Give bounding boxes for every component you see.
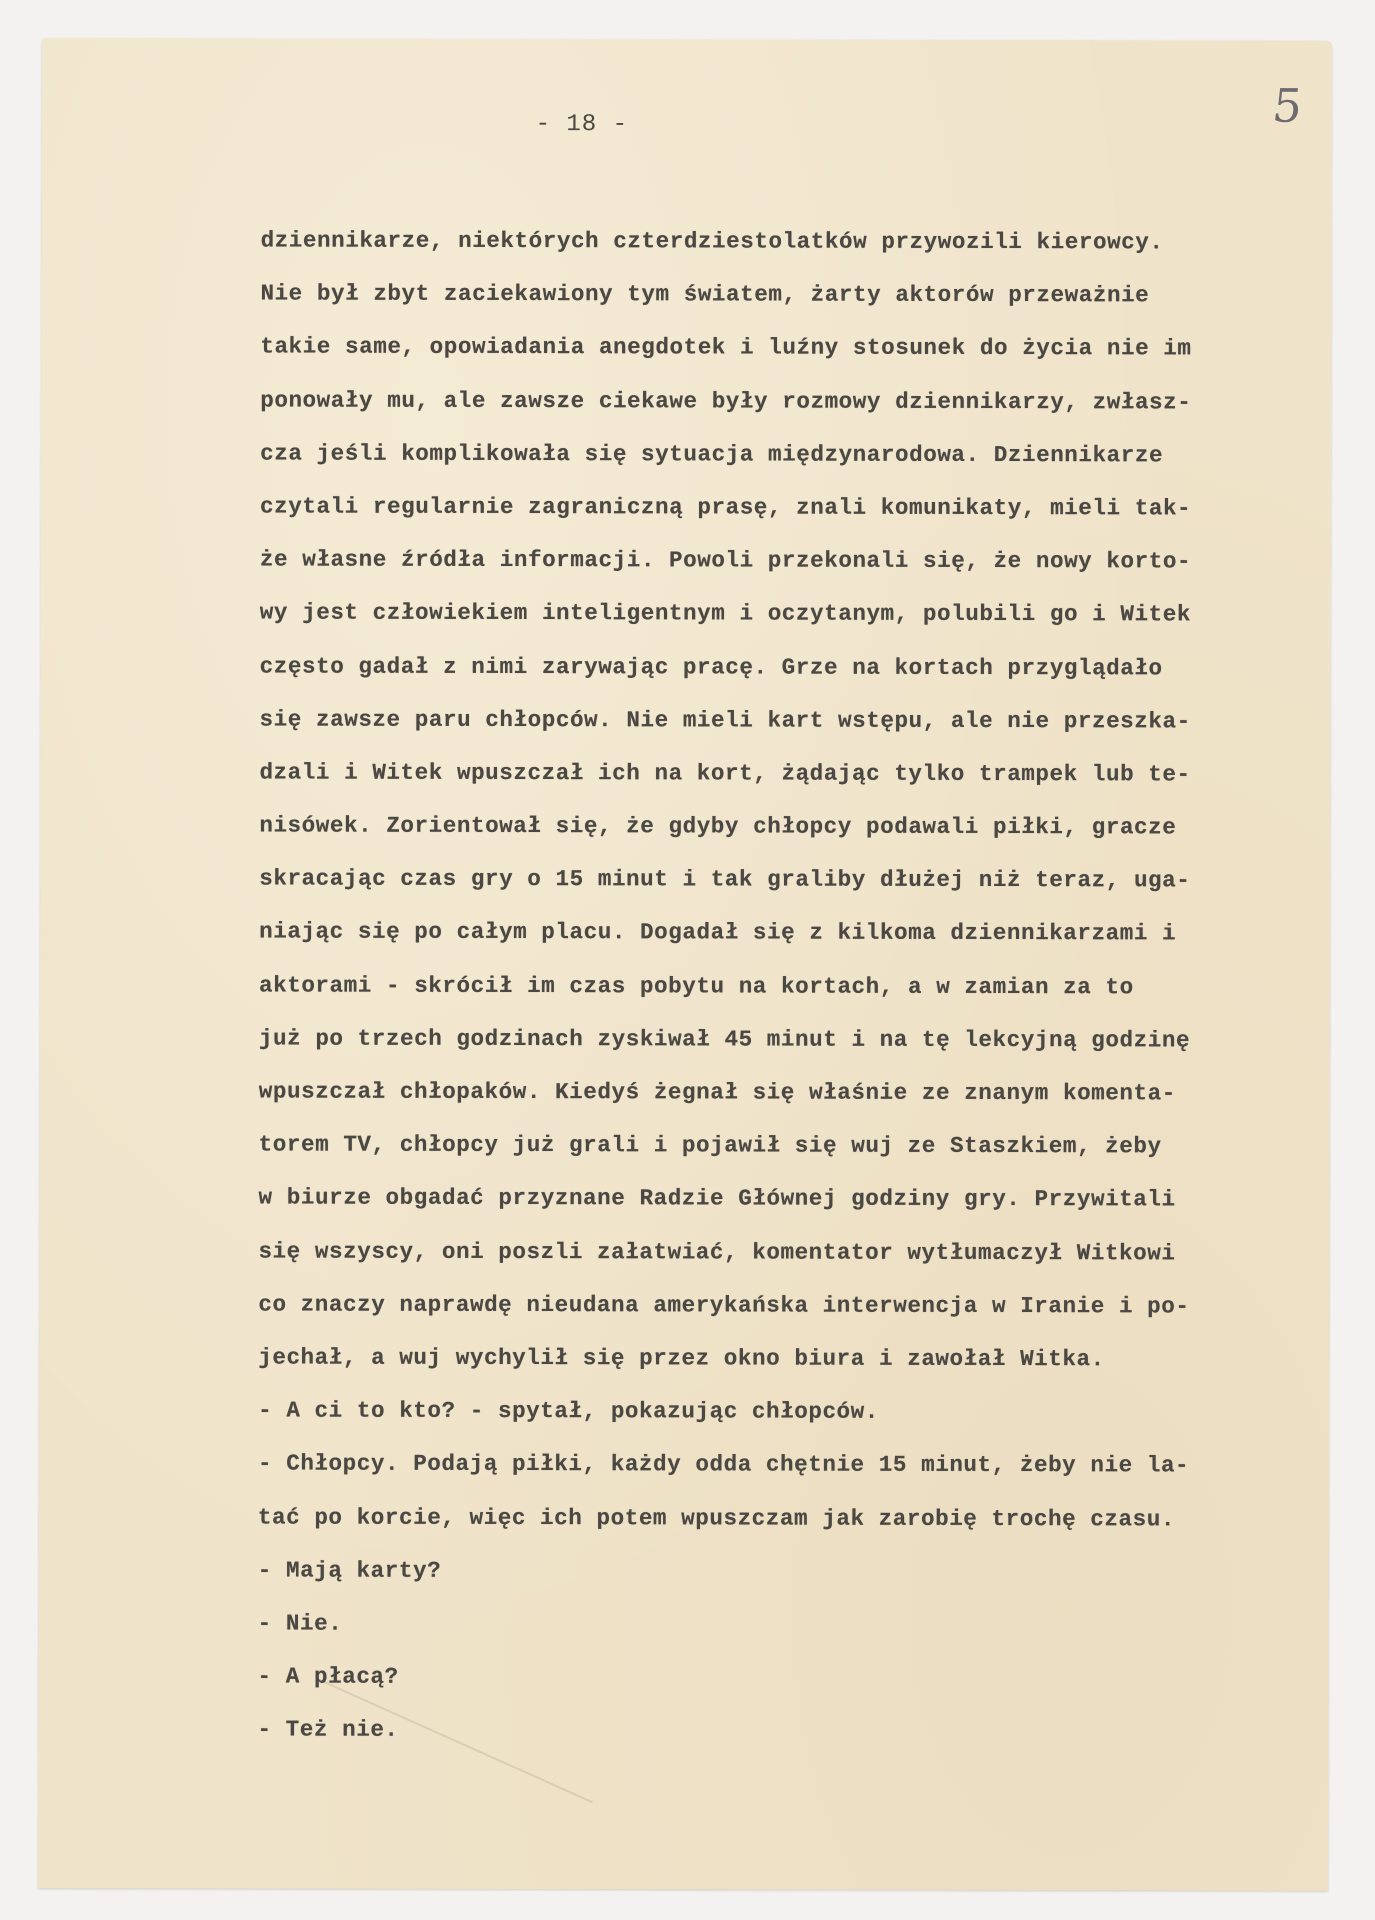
text-line: skracając czas gry o 15 minut i tak gral… — [259, 853, 1319, 908]
text-line: już po trzech godzinach zyskiwał 45 minu… — [259, 1012, 1319, 1067]
text-line: dzali i Witek wpuszczał ich na kort, żąd… — [259, 746, 1319, 801]
dialogue-line: - A płacą? — [258, 1651, 1318, 1706]
text-line: się zawsze paru chłopców. Nie mieli kart… — [260, 693, 1320, 748]
dialogue-line: - Mają karty? — [258, 1544, 1318, 1599]
text-line: dziennikarze, niektórych czterdziestolat… — [261, 214, 1321, 269]
dialogue-line: - A ci to kto? - spytał, pokazując chłop… — [258, 1385, 1318, 1440]
text-line: często gadał z nimi zarywając pracę. Grz… — [260, 640, 1320, 695]
text-line: w biurze obgadać przyznane Radzie Główne… — [259, 1172, 1319, 1227]
text-line: aktorami - skrócił im czas pobytu na kor… — [259, 959, 1319, 1014]
text-line: co znaczy naprawdę nieudana amerykańska … — [258, 1278, 1318, 1333]
text-line: torem TV, chłopcy już grali i pojawił si… — [259, 1119, 1319, 1174]
text-line: takie same, opowiadania anegdotek i luźn… — [260, 321, 1320, 376]
dialogue-line: tać po korcie, więc ich potem wpuszczam … — [258, 1491, 1318, 1546]
text-line: że własne źródła informacji. Powoli prze… — [260, 534, 1320, 589]
body-text: dziennikarze, niektórych czterdziestolat… — [257, 214, 1320, 1759]
text-line: wy jest człowiekiem inteligentnym i oczy… — [260, 587, 1320, 642]
text-line: ponowały mu, ale zawsze ciekawe były roz… — [260, 374, 1320, 429]
typewritten-page: 5 - 18 - dziennikarze, niektórych czterd… — [38, 38, 1332, 1891]
text-line: czytali regularnie zagraniczną prasę, zn… — [260, 480, 1320, 535]
page-number: - 18 - — [42, 110, 1122, 139]
text-line: Nie był zbyt zaciekawiony tym światem, ż… — [260, 268, 1320, 323]
text-line: niając się po całym placu. Dogadał się z… — [259, 906, 1319, 961]
dialogue-line: - Też nie. — [257, 1704, 1317, 1759]
text-line: nisówek. Zorientował się, że gdyby chłop… — [259, 800, 1319, 855]
dialogue-line: - Nie. — [258, 1597, 1318, 1652]
text-line: wpuszczał chłopaków. Kiedyś żegnał się w… — [259, 1065, 1319, 1120]
handwritten-folio-number: 5 — [1270, 79, 1305, 133]
text-line: cza jeśli komplikowała się sytuacja międ… — [260, 427, 1320, 482]
text-line: jechał, a wuj wychylił się przez okno bi… — [258, 1331, 1318, 1386]
text-line: się wszyscy, oni poszli załatwiać, komen… — [258, 1225, 1318, 1280]
dialogue-line: - Chłopcy. Podają piłki, każdy odda chęt… — [258, 1438, 1318, 1493]
